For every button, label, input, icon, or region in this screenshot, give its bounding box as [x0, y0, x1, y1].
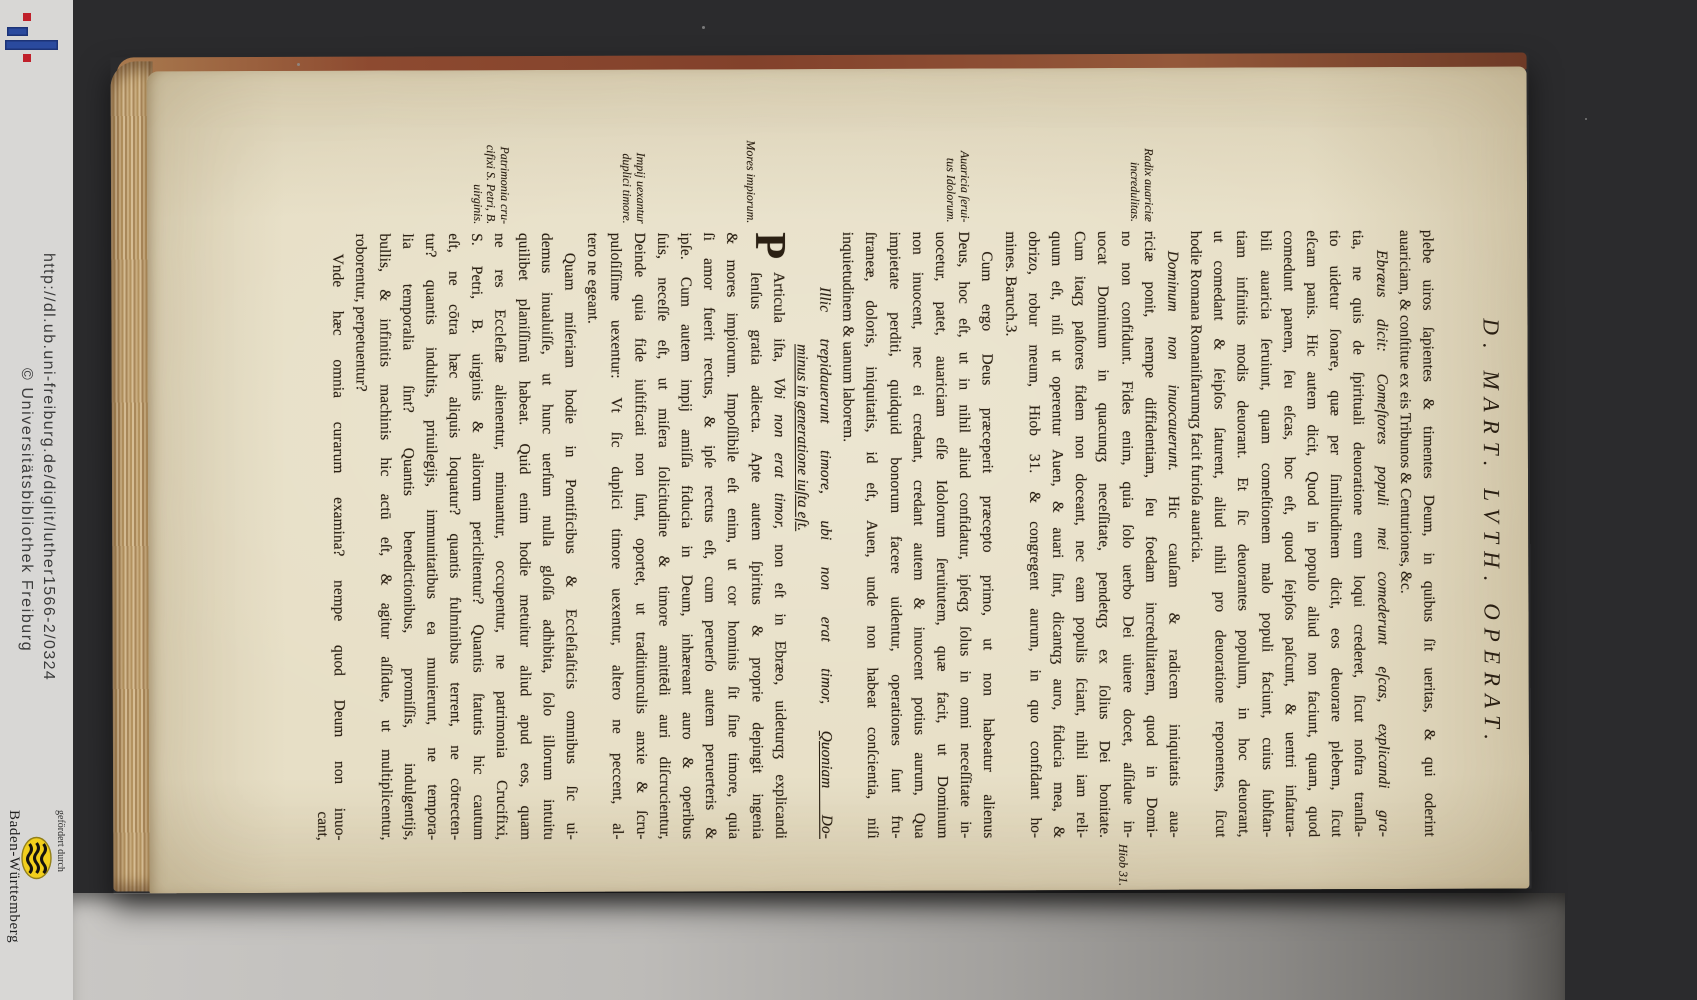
text-segment: no non confidunt. Fides enim, quia ſolo …: [1118, 231, 1137, 838]
text-line: eſt, ne cōtra hæc aliquis loquatur? quan…: [442, 233, 467, 840]
text-segment: ſenſus gratia adiecta. Apte autem ſpirit…: [747, 272, 766, 839]
text-line: uocetur, patet, auariciam eſſe Idolorum …: [929, 232, 954, 839]
text-line: obrizo, robur meum, Hiob 31. & congregen…: [1022, 231, 1047, 838]
text-segment: ne res Eccleſiæ alienentur, minuantur, o…: [492, 233, 511, 840]
page-content-rotated: D. MART. LVTH. OPERAT. plebe uiros ſapie…: [147, 67, 1530, 892]
margin-note: Auaricia ſerui-tus Idolorum.: [944, 70, 972, 222]
text-segment: quilibet planiſſimū habeat. Quid enim ho…: [515, 233, 534, 840]
library-sidebar: http://dl.ub.uni-freiburg.de/diglit/luth…: [0, 0, 73, 1000]
text-segment: bili auaricia ſeruiunt, quam comeſtionem…: [1257, 230, 1276, 837]
logo-blue-bar: [7, 27, 28, 36]
scan-viewport: http://dl.ub.uni-freiburg.de/diglit/luth…: [0, 0, 1697, 1000]
logo-blue-bar: [5, 40, 58, 50]
text-line: ne res Eccleſiæ alienentur, minuantur, o…: [488, 233, 513, 840]
text-segment: obrizo, robur meum, Hiob 31. & congregen…: [1025, 231, 1044, 838]
text-segment: ſi amor fuerit rectus, & ipſe rectus eſt…: [700, 232, 719, 839]
dust-speck: [1585, 118, 1587, 120]
text-line: roborentur, perpetuentur?: [349, 234, 374, 841]
text-segment: eſt, ne cōtra hæc aliquis loquatur? quan…: [445, 233, 464, 840]
text-segment: plebe uiros ſapientes & timentes Deum, i…: [1419, 230, 1438, 837]
text-segment: eſcam panis. Hic autem dicit, Quod in po…: [1303, 230, 1322, 837]
text-line: impietate perditi, quidquid bonorum face…: [883, 232, 908, 839]
text-segment: hodie Romana Romaniſtarumqʒ facit furioſ…: [1187, 231, 1205, 563]
text-line: ſuis, neceſſe eſt, ut miſera ſolicitudin…: [651, 233, 676, 840]
text-segment: riciæ ponit, nempe diffidentiam, ſeu foe…: [1141, 231, 1160, 838]
margin-note: Hiob 31.: [1116, 844, 1130, 893]
text-segment: Vnde hæc omnia curarum examina? nempe qu…: [329, 254, 348, 841]
logo-red-bar: [23, 54, 31, 62]
text-segment: comedunt panem, ſeu eſcas, hoc eſt, quod…: [1280, 230, 1299, 837]
text-segment: inquietudinem & uanum laborem.: [839, 232, 857, 442]
text-line: tero ne egeant.: [581, 233, 606, 840]
text-line: ſtraneæ, doloris, iniquitatis, id eſt, A…: [859, 232, 884, 839]
text-line: Cum ergo Deus præceperit præcepto primo,…: [975, 231, 1000, 838]
text-segment: uocetur, patet, auariciam eſſe Idolorum …: [932, 232, 951, 839]
copyright-notice: © Universitätsbibliothek Freiburg: [17, 368, 35, 652]
text-line: tur? quantis indultis, priuilegijs, immu…: [419, 233, 444, 840]
text-segment: ſtraneæ, doloris, iniquitatis, id eſt, A…: [863, 232, 882, 839]
text-line: tio uidetur ſonare, quæ per ſimilitudine…: [1323, 230, 1348, 837]
text-segment: Articula iſta,: [770, 272, 787, 377]
text-line: no non confidunt. Fides enim, quia ſolo …: [1115, 231, 1140, 838]
text-segment: impietate perditi, quidquid bonorum face…: [886, 232, 905, 839]
text-segment: bullis, & infinitis machinis hic actū eſ…: [376, 233, 395, 840]
text-segment: quum eſt, niſi ut operentur Auen, & auar…: [1048, 231, 1067, 838]
funding-region-label: Baden-Württemberg: [5, 810, 22, 943]
text-segment: Cum itaqʒ paſtores fidem non doceant, ne…: [1071, 231, 1090, 838]
text-line: ſenſus gratia adiecta. Apte autem ſpirit…: [744, 232, 769, 839]
book-scan: D. MART. LVTH. OPERAT. plebe uiros ſapie…: [111, 53, 1532, 894]
margin-note: Mores impiorum.: [743, 71, 757, 223]
text-line: Quam miſeriam hodie in Pontificibus & Ec…: [558, 233, 583, 840]
text-line: quum eſt, niſi ut operentur Auen, & auar…: [1045, 231, 1070, 838]
text-segment: puloſiſſime uexentur: Vt ſic duplici tim…: [608, 233, 627, 840]
text-line: plebe uiros ſapientes & timentes Deum, i…: [1416, 230, 1441, 837]
text-segment: Deinde quia fide iuſtificati non ſunt, o…: [631, 233, 650, 840]
book-page: D. MART. LVTH. OPERAT. plebe uiros ſapie…: [147, 67, 1530, 894]
scanner-bed: [73, 893, 1565, 1000]
text-line: puloſiſſime uexentur: Vt ſic duplici tim…: [604, 233, 629, 840]
text-line: ut comedant & ſeipſos ſaturent, aliud ni…: [1207, 231, 1232, 838]
text-line: bullis, & infinitis machinis hic actū eſ…: [373, 233, 398, 840]
text-block: plebe uiros ſapientes & timentes Deum, i…: [326, 230, 1441, 841]
text-segment: tur? quantis indultis, priuilegijs, immu…: [422, 233, 441, 840]
text-segment: Quam miſeriam hodie in Pontificibus & Ec…: [561, 253, 580, 840]
text-segment: & mores impiorum. Impoſſibile eſt enim, …: [724, 232, 743, 839]
text-segment: Quoniam Do-: [818, 731, 835, 839]
text-segment: tero ne egeant.: [584, 233, 601, 324]
text-line: inquietudinem & uanum laborem.: [836, 232, 861, 839]
text-line: non inuocent, nec ei credant, credant au…: [906, 232, 931, 839]
text-segment: Deus, hoc eſt, ut in nihil aliud confida…: [955, 231, 974, 838]
text-line: tia, ne quis de ſpirituali deuoratione e…: [1346, 230, 1371, 837]
text-line: demus inualuiſſe, ut hunc uerſum nulla g…: [535, 233, 560, 840]
text-line: Dominum non inuocauerunt. Hic cauſam & r…: [1161, 231, 1186, 838]
text-segment: ſuis, neceſſe eſt, ut miſera ſolicitudin…: [654, 233, 673, 840]
text-segment: Dominum non inuocauerunt.: [1164, 251, 1182, 472]
text-segment: minus in generatione iuſta eſt.: [793, 344, 811, 531]
text-line: lia temporalia ſint? Quantis benediction…: [396, 233, 421, 840]
text-line: S. Petri, B. uirginis & aliorum periclit…: [465, 233, 490, 840]
text-line: minus in generatione iuſta eſt.: [790, 232, 815, 839]
text-segment: Cum ergo Deus præceperit præcepto primo,…: [979, 251, 998, 838]
text-segment: Hic cauſam & radicem iniquitatis aua-: [1165, 471, 1183, 838]
text-segment: S. Petri, B. uirginis & aliorum periclit…: [468, 233, 487, 840]
text-line: riciæ ponit, nempe diffidentiam, ſeu foe…: [1138, 231, 1163, 838]
margin-note: Radix auariciæincredulitas.: [1128, 70, 1156, 222]
text-segment: tio uidetur ſonare, quæ per ſimilitudine…: [1326, 230, 1345, 837]
text-line: eſcam panis. Hic autem dicit, Quod in po…: [1300, 230, 1325, 837]
dust-speck: [702, 26, 705, 29]
source-url: http://dl.ub.uni-freiburg.de/diglit/luth…: [39, 253, 57, 681]
baden-wuerttemberg-arms-icon: [20, 836, 53, 880]
text-line: Cum itaqʒ paſtores fidem non doceant, ne…: [1068, 231, 1093, 838]
text-line: Articula iſta, Vbi non erat timor, non e…: [767, 232, 792, 839]
text-segment: tia, ne quis de ſpirituali deuoratione e…: [1350, 230, 1369, 837]
text-line: ipſe. Cum autem impij amiſſa fiducia in …: [674, 232, 699, 839]
text-line: auariciam, & conſtitue ex eis Tribunos &…: [1393, 230, 1418, 837]
text-line: tiam infinitis modis deuorant. Et ſic de…: [1230, 230, 1255, 837]
text-segment: roborentur, perpetuentur?: [353, 234, 371, 392]
text-segment: Ebræus dicit: Comeſtores populi mei come…: [1373, 250, 1392, 837]
text-segment: Illic trepidauerunt timore, ubi non erat…: [816, 287, 835, 731]
text-segment: uocat Dominum in quacunqʒ neceſſitate, p…: [1095, 231, 1114, 838]
text-line: comedunt panem, ſeu eſcas, hoc eſt, quod…: [1277, 230, 1302, 837]
text-line: hodie Romana Romaniſtarumqʒ facit furioſ…: [1184, 231, 1209, 838]
text-line: quilibet planiſſimū habeat. Quid enim ho…: [512, 233, 537, 840]
dust-speck: [297, 63, 300, 66]
text-segment: mines. Baruch.3.: [1002, 231, 1019, 336]
margin-note: Patrimonia cru-cifixi S. Petri, B.uirgin…: [470, 72, 511, 224]
text-line: & mores impiorum. Impoſſibile eſt enim, …: [720, 232, 745, 839]
text-segment: ut comedant & ſeipſos ſaturent, aliud ni…: [1210, 231, 1229, 838]
funding-label: gefördert durch: [55, 810, 66, 872]
text-line: Deus, hoc eſt, ut in nihil aliud confida…: [952, 231, 977, 838]
text-segment: tiam infinitis modis deuorant. Et ſic de…: [1234, 230, 1253, 837]
text-line: Deinde quia fide iuſtificati non ſunt, o…: [628, 233, 653, 840]
uni-freiburg-logo-icon: [0, 8, 73, 70]
text-line: bili auaricia ſeruiunt, quam comeſtionem…: [1254, 230, 1279, 837]
text-line: mines. Baruch.3.: [999, 231, 1024, 838]
text-segment: non eſt in Ebræo, uideturqʒ explicandi: [771, 529, 789, 839]
logo-red-bar: [23, 13, 31, 21]
margin-note: Impij uexanturduplici timore.: [620, 72, 648, 224]
text-segment: ipſe. Cum autem impij amiſſa fiducia in …: [677, 232, 696, 839]
drop-cap: P: [749, 232, 793, 259]
text-line: Ebræus dicit: Comeſtores populi mei come…: [1370, 230, 1395, 837]
text-segment: lia temporalia ſint? Quantis benediction…: [399, 233, 418, 840]
text-line: uocat Dominum in quacunqʒ neceſſitate, p…: [1091, 231, 1116, 838]
catchword: cant,: [311, 234, 331, 841]
text-segment: Vbi non erat timor,: [770, 377, 788, 529]
running-title: D. MART. LVTH. OPERAT.: [1477, 230, 1505, 837]
text-segment: auariciam, & conſtitue ex eis Tribunos &…: [1396, 230, 1414, 594]
text-line: ſi amor fuerit rectus, & ipſe rectus eſt…: [697, 232, 722, 839]
text-segment: non inuocent, nec ei credant, credant au…: [909, 232, 928, 839]
text-segment: demus inualuiſſe, ut hunc uerſum nulla g…: [538, 233, 557, 840]
text-line: Illic trepidauerunt timore, ubi non erat…: [813, 232, 838, 839]
